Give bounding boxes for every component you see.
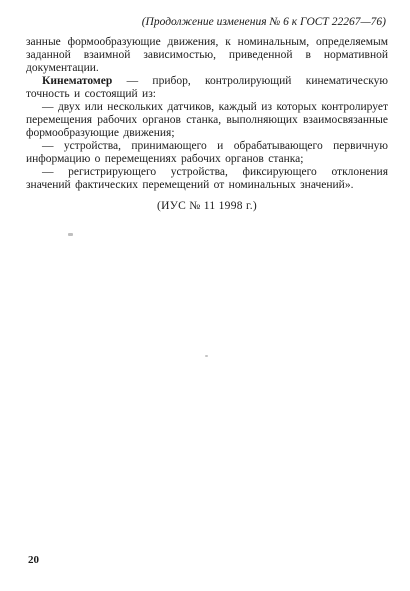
paragraph-list-item-recording-device: — регистрирующего устройства, фиксирующе… — [26, 166, 388, 192]
header-continuation-note: (Продолжение изменения № 6 к ГОСТ 22267—… — [26, 16, 386, 29]
issue-note: (ИУС № 11 1998 г.) — [26, 200, 388, 213]
scan-speckle — [205, 355, 208, 357]
paragraph-list-item-processing-device: — устройства, принимающего и обрабатываю… — [26, 140, 388, 166]
paragraph-list-item-sensors: — двух или нескольких датчиков, каждый и… — [26, 101, 388, 140]
scan-speckle — [68, 233, 73, 236]
page-number: 20 — [28, 554, 39, 566]
paragraph-definition: Кинематомер — прибор, контролирующий кин… — [26, 75, 388, 101]
paragraph-continuation: занные формообразующие движения, к номин… — [26, 36, 388, 75]
document-page: (Продолжение изменения № 6 к ГОСТ 22267—… — [0, 0, 410, 591]
term-kinematomer: Кинематомер — [42, 75, 112, 87]
body-text: занные формообразующие движения, к номин… — [26, 36, 388, 192]
